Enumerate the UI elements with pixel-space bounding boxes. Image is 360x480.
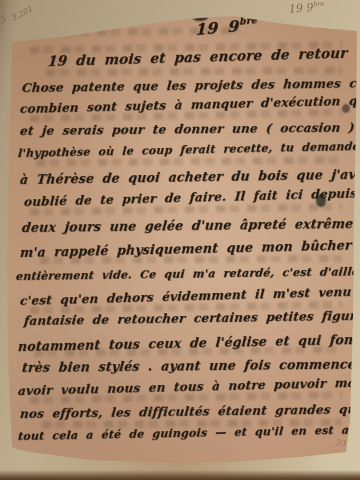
- mount-inventory-code: 3.201: [10, 4, 35, 22]
- date-heading-sup: bre: [240, 15, 258, 28]
- date-heading-main: 19 9: [196, 16, 240, 39]
- letter-photograph: 5 3.201 19 9bre 19 9bre 19 du mois et pa…: [0, 0, 360, 480]
- mount-date-note-main: 19 9: [289, 1, 314, 16]
- mount-date-note-sup: bre: [313, 0, 324, 8]
- manuscript-line: entièrement vide. Ce qui m'a retardé, c'…: [15, 265, 360, 283]
- manuscript-line: très bien stylés . ayant une fois commen…: [21, 356, 357, 375]
- manuscript-line: Chose patente que les projets des hommes…: [21, 75, 360, 95]
- date-heading: 19 9bre: [196, 15, 258, 40]
- mount-edge-number: 5: [0, 15, 8, 26]
- page-number: 33: [335, 438, 346, 448]
- photo-bottom-edge: [0, 470, 360, 480]
- letter-paper: 19 9bre 19 du mois et pas encore de reto…: [6, 12, 358, 464]
- manuscript-line: et je serais pour te donner une ( occasi…: [19, 120, 360, 138]
- mount-date-note: 19 9bre: [289, 0, 325, 16]
- manuscript-line: deux jours une gelée d'une âpreté extrêm…: [21, 216, 360, 235]
- manuscript-line: à Thérèse de quoi acheter du bois que j'…: [19, 166, 360, 187]
